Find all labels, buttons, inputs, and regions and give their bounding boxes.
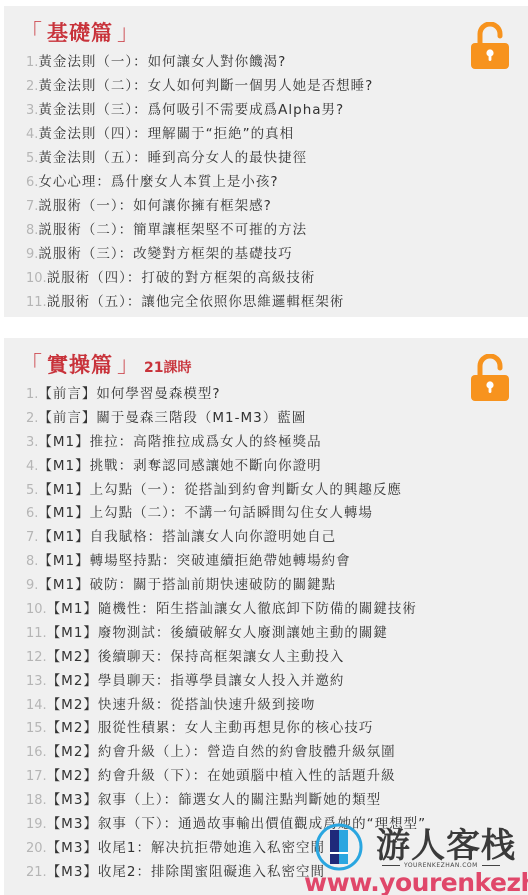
section-title-text: 基礎篇 xyxy=(47,17,113,47)
lesson-item[interactable]: 5.黃金法則（五）：睡到高分女人的最快捷徑 xyxy=(26,146,458,170)
section-basic: 「 基礎篇 」 1.黃金法則（一）：如何讓女人對你饑渴? 2.黃金法則（二）：女… xyxy=(4,6,528,317)
lesson-item[interactable]: 19.【M3】叙事（下）：通過故事輸出價值觀成爲她的“理想型” xyxy=(26,813,458,837)
lesson-item[interactable]: 5.【M1】上勾點（一）：從搭訕到約會判斷女人的興趣反應 xyxy=(26,479,458,503)
lesson-item[interactable]: 6.【M1】上勾點（二）：不講一句話瞬間勾住女人轉場 xyxy=(26,502,458,526)
lesson-item[interactable]: 21.【M3】收尾2：排除閨蜜阻礙進入私密空間 xyxy=(26,861,458,885)
lesson-item[interactable]: 20.【M3】收尾1：解决抗拒帶她進入私密空間 xyxy=(26,837,458,861)
lesson-item[interactable]: 4.黃金法則（四）：理解關于“拒絶”的真相 xyxy=(26,122,458,146)
lesson-item[interactable]: 8.【M1】轉場堅持點：突破連續拒絶帶她轉場約會 xyxy=(26,550,458,574)
lesson-item[interactable]: 14.【M2】快速升級：從搭訕快速升級到接吻 xyxy=(26,694,458,718)
lesson-item[interactable]: 3.黃金法則（三）：爲何吸引不需要成爲Alpha男? xyxy=(26,98,458,122)
lesson-count: 21課時 xyxy=(144,357,191,377)
bracket-close: 」 xyxy=(117,16,140,47)
lesson-item[interactable]: 13.【M2】學員聊天：指導學員讓女人投入并邀約 xyxy=(26,670,458,694)
lesson-item[interactable]: 11.【M1】廢物測試：後續破解女人廢測讓她主動的關鍵 xyxy=(26,622,458,646)
lesson-item[interactable]: 9.説服術（三）：改變對方框架的基礎技巧 xyxy=(26,242,458,266)
section-title: 「 基礎篇 」 xyxy=(20,16,140,47)
lesson-item[interactable]: 7.【M1】自我賦格：搭訕讓女人向你證明她自己 xyxy=(26,526,458,550)
lesson-item[interactable]: 4.【M1】挑戰：剥奪認同感讓她不斷向你證明 xyxy=(26,455,458,479)
bracket-open: 「 xyxy=(20,16,43,47)
lesson-item[interactable]: 10.【M1】隨機性：陌生搭訕讓女人徹底卸下防備的關鍵技術 xyxy=(26,598,458,622)
lesson-item[interactable]: 17.【M2】約會升級（下）：在她頭腦中植入性的話題升級 xyxy=(26,765,458,789)
lesson-item[interactable]: 9.【M1】破防：關于搭訕前期快速破防的關鍵點 xyxy=(26,574,458,598)
bracket-open: 「 xyxy=(20,348,43,379)
lesson-item[interactable]: 8.説服術（二）：簡單讓框架堅不可摧的方法 xyxy=(26,218,458,242)
lesson-item[interactable]: 6.女心心理：爲什麼女人本質上是小孩? xyxy=(26,170,458,194)
unlocked-padlock-icon[interactable] xyxy=(470,354,510,402)
lesson-item[interactable]: 18.【M3】叙事（上）：篩選女人的關注點判斷她的類型 xyxy=(26,789,458,813)
lesson-item[interactable]: 2.黃金法則（二）：女人如何判斷一個男人她是否想睡? xyxy=(26,74,458,98)
section-title-text: 實操篇 xyxy=(47,349,113,379)
lesson-item[interactable]: 10.説服術（四）：打破的對方框架的高級技術 xyxy=(26,266,458,290)
lesson-item[interactable]: 3.【M1】推拉：高階推拉成爲女人的終極獎品 xyxy=(26,431,458,455)
lesson-item[interactable]: 2.【前言】關于曼森三階段（M1-M3）藍圖 xyxy=(26,407,458,431)
bracket-close: 」 xyxy=(117,348,140,379)
lesson-item[interactable]: 15.【M2】服從性積累：女人主動再想見你的核心技巧 xyxy=(26,717,458,741)
lesson-item[interactable]: 16.【M2】約會升級（上）：營造自然的約會肢體升級氛圍 xyxy=(26,741,458,765)
unlocked-padlock-icon[interactable] xyxy=(470,22,510,70)
lesson-item[interactable]: 11.説服術（五）：讓他完全依照你思維邏輯框架術 xyxy=(26,290,458,314)
section-title: 「 實操篇 」 21課時 xyxy=(20,348,192,379)
section-practice: 「 實操篇 」 21課時 1.【前言】如何學習曼森模型? 2.【前言】關于曼森三… xyxy=(4,338,528,895)
lesson-item[interactable]: 1.【前言】如何學習曼森模型? xyxy=(26,383,458,407)
lesson-list: 1.黃金法則（一）：如何讓女人對你饑渴? 2.黃金法則（二）：女人如何判斷一個男… xyxy=(26,50,458,314)
lesson-list: 1.【前言】如何學習曼森模型? 2.【前言】關于曼森三階段（M1-M3）藍圖 3… xyxy=(26,383,458,885)
lesson-item[interactable]: 12.【M2】後續聊天：保持高框架讓女人主動投入 xyxy=(26,646,458,670)
lesson-item[interactable]: 7.説服術（一）：如何讓你擁有框架感? xyxy=(26,194,458,218)
lesson-item[interactable]: 1.黃金法則（一）：如何讓女人對你饑渴? xyxy=(26,50,458,74)
